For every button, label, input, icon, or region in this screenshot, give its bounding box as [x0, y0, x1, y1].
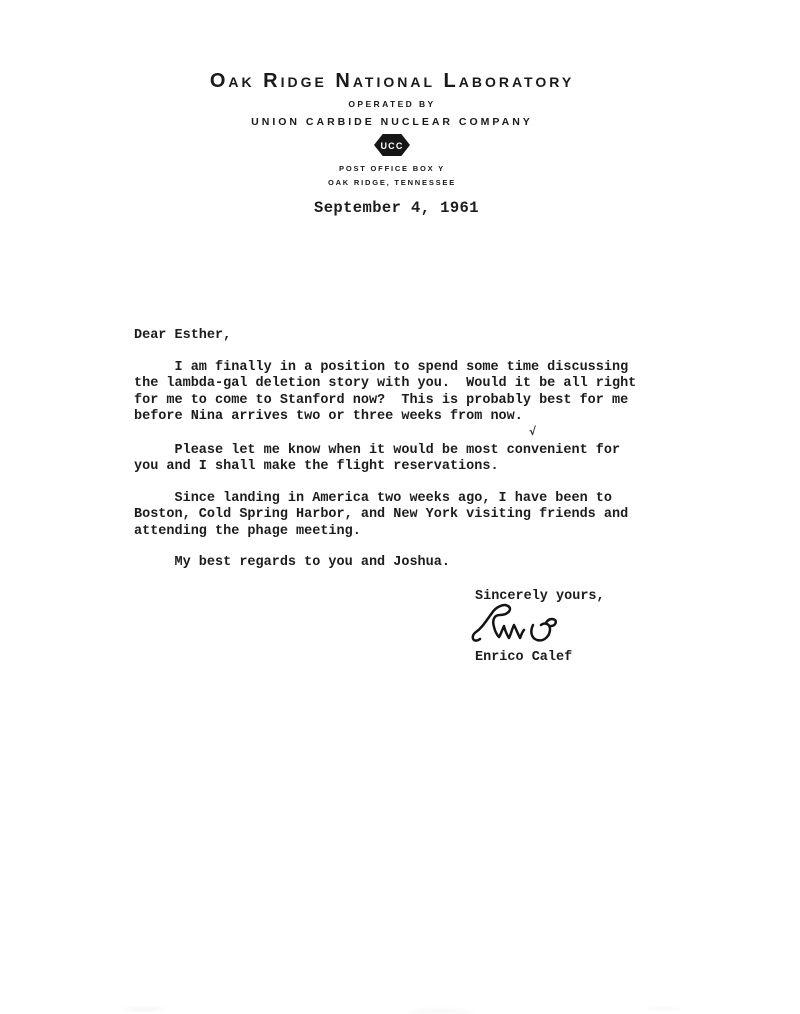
address-line-2: OAK RIDGE, TENNESSEE: [0, 178, 784, 187]
salutation: Dear Esther,: [134, 328, 231, 344]
body-paragraph: Since landing in America two weeks ago, …: [134, 491, 628, 540]
address-line-1: POST OFFICE BOX Y: [0, 164, 784, 173]
body-paragraph: I am finally in a position to spend some…: [134, 360, 636, 426]
logo-row: UCC: [0, 134, 784, 156]
company-name: UNION CARBIDE NUCLEAR COMPANY: [0, 116, 784, 128]
handwritten-signature: [469, 601, 569, 645]
signature-name: Enrico Calef: [475, 650, 572, 666]
letterhead: Oak Ridge National Laboratory OPERATED B…: [0, 0, 784, 200]
letter-page: Oak Ridge National Laboratory OPERATED B…: [0, 0, 800, 1014]
check-mark-annotation: √: [529, 425, 537, 438]
scan-noise-band: [0, 966, 800, 1014]
operated-by-line: OPERATED BY: [0, 99, 784, 109]
logo-text: UCC: [380, 141, 403, 151]
body-paragraph: Please let me know when it would be most…: [134, 443, 620, 476]
date-line: September 4, 1961: [314, 200, 479, 216]
ucc-hexagon-logo-icon: UCC: [374, 134, 410, 156]
body-paragraph: My best regards to you and Joshua.: [134, 555, 450, 571]
org-name: Oak Ridge National Laboratory: [0, 70, 784, 93]
